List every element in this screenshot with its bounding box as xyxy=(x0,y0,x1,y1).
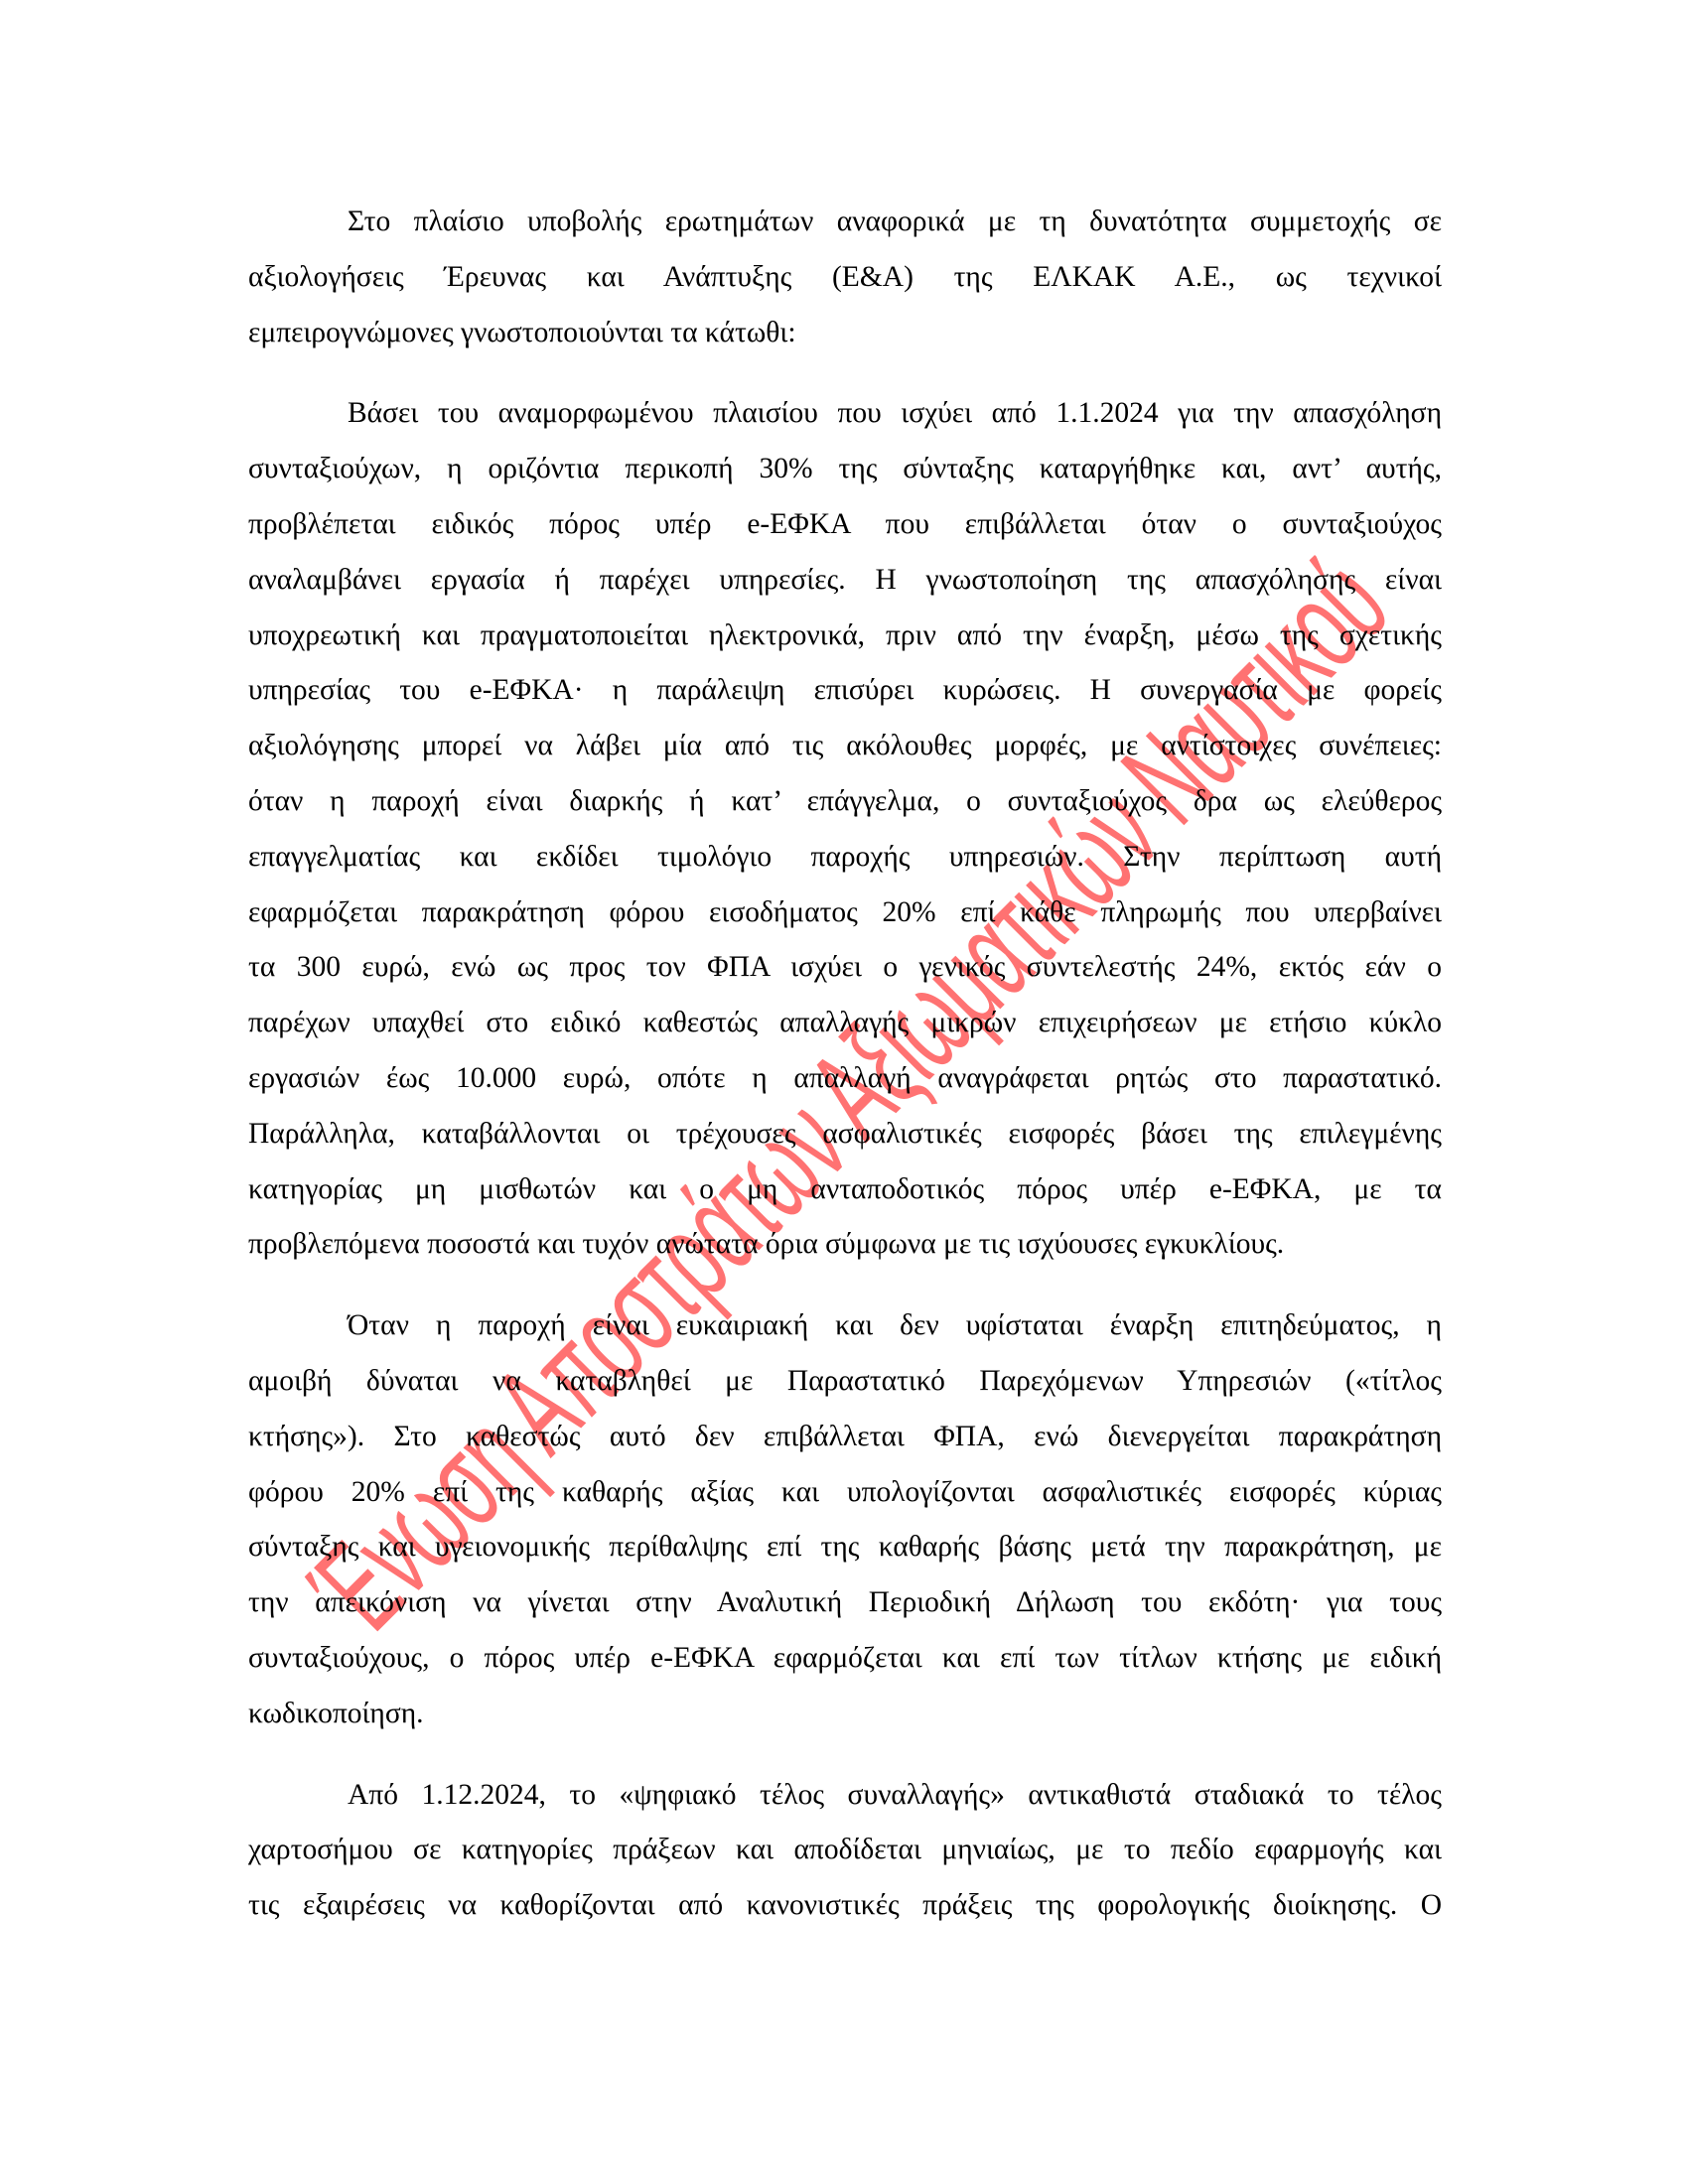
text-line: Όταν η παροχή είναι ευκαιριακή και δεν υ… xyxy=(248,1298,1442,1354)
text-line: Στο πλαίσιο υποβολής ερωτημάτων αναφορικ… xyxy=(248,195,1442,250)
text-line: σύνταξης και υγειονομικής περίθαλψης επί… xyxy=(248,1520,1442,1575)
text-line: προβλεπόμενα ποσοστά και τυχόν ανώτατα ό… xyxy=(248,1217,1442,1273)
text-line: χαρτοσήμου σε κατηγορίες πράξεων και απο… xyxy=(248,1823,1442,1878)
paragraph-3: Όταν η παροχή είναι ευκαιριακή και δεν υ… xyxy=(248,1298,1442,1741)
text-line: υποχρεωτική και πραγματοποιείται ηλεκτρο… xyxy=(248,609,1442,664)
text-line: αξιολόγησης μπορεί να λάβει μία από τις … xyxy=(248,719,1442,774)
text-line: κτήσης»). Στο καθεστώς αυτό δεν επιβάλλε… xyxy=(248,1410,1442,1465)
text-line: παρέχων υπαχθεί στο ειδικό καθεστώς απαλ… xyxy=(248,996,1442,1051)
text-line: επαγγελματίας και εκδίδει τιμολόγιο παρο… xyxy=(248,830,1442,886)
paragraph-1: Στο πλαίσιο υποβολής ερωτημάτων αναφορικ… xyxy=(248,195,1442,360)
text-line: Από 1.12.2024, το «ψηφιακό τέλος συναλλα… xyxy=(248,1768,1442,1824)
text-line: φόρου 20% επί της καθαρής αξίας και υπολ… xyxy=(248,1465,1442,1521)
text-line: υπηρεσίας του e-ΕΦΚΑ· η παράλειψη επισύρ… xyxy=(248,663,1442,719)
text-line: συνταξιούχους, ο πόρος υπέρ e-ΕΦΚΑ εφαρμ… xyxy=(248,1631,1442,1687)
text-line: Παράλληλα, καταβάλλονται οι τρέχουσες ασ… xyxy=(248,1107,1442,1162)
text-line: αναλαμβάνει εργασία ή παρέχει υπηρεσίες.… xyxy=(248,553,1442,609)
paragraph-4: Από 1.12.2024, το «ψηφιακό τέλος συναλλα… xyxy=(248,1768,1442,1934)
text-line: τις εξαιρέσεις να καθορίζονται από κανον… xyxy=(248,1878,1442,1934)
document-body: Στο πλαίσιο υποβολής ερωτημάτων αναφορικ… xyxy=(248,195,1442,1934)
text-line: εμπειρογνώμονες γνωστοποιούνται τα κάτωθ… xyxy=(248,306,1442,361)
text-line: αξιολογήσεις Έρευνας και Ανάπτυξης (Ε&Α)… xyxy=(248,250,1442,306)
text-line: την απεικόνιση να γίνεται στην Αναλυτική… xyxy=(248,1575,1442,1631)
text-line: εφαρμόζεται παρακράτηση φόρου εισοδήματο… xyxy=(248,886,1442,941)
paragraph-2: Βάσει του αναμορφωμένου πλαισίου που ισχ… xyxy=(248,386,1442,1273)
text-line: προβλέπεται ειδικός πόρος υπέρ e-ΕΦΚΑ πο… xyxy=(248,497,1442,553)
text-line: αμοιβή δύναται να καταβληθεί με Παραστατ… xyxy=(248,1354,1442,1410)
document-page: Ένωση Αποστράτων Αξιωματικών Ναυτικού Στ… xyxy=(0,0,1688,2184)
text-line: όταν η παροχή είναι διαρκής ή κατ’ επάγγ… xyxy=(248,774,1442,830)
text-line: τα 300 ευρώ, ενώ ως προς τον ΦΠΑ ισχύει … xyxy=(248,940,1442,996)
text-line: κατηγορίας μη μισθωτών και ο μη ανταποδο… xyxy=(248,1162,1442,1218)
text-line: Βάσει του αναμορφωμένου πλαισίου που ισχ… xyxy=(248,386,1442,442)
text-line: κωδικοποίηση. xyxy=(248,1687,1442,1742)
text-line: συνταξιούχων, η οριζόντια περικοπή 30% τ… xyxy=(248,442,1442,497)
text-line: εργασιών έως 10.000 ευρώ, οπότε η απαλλα… xyxy=(248,1051,1442,1107)
